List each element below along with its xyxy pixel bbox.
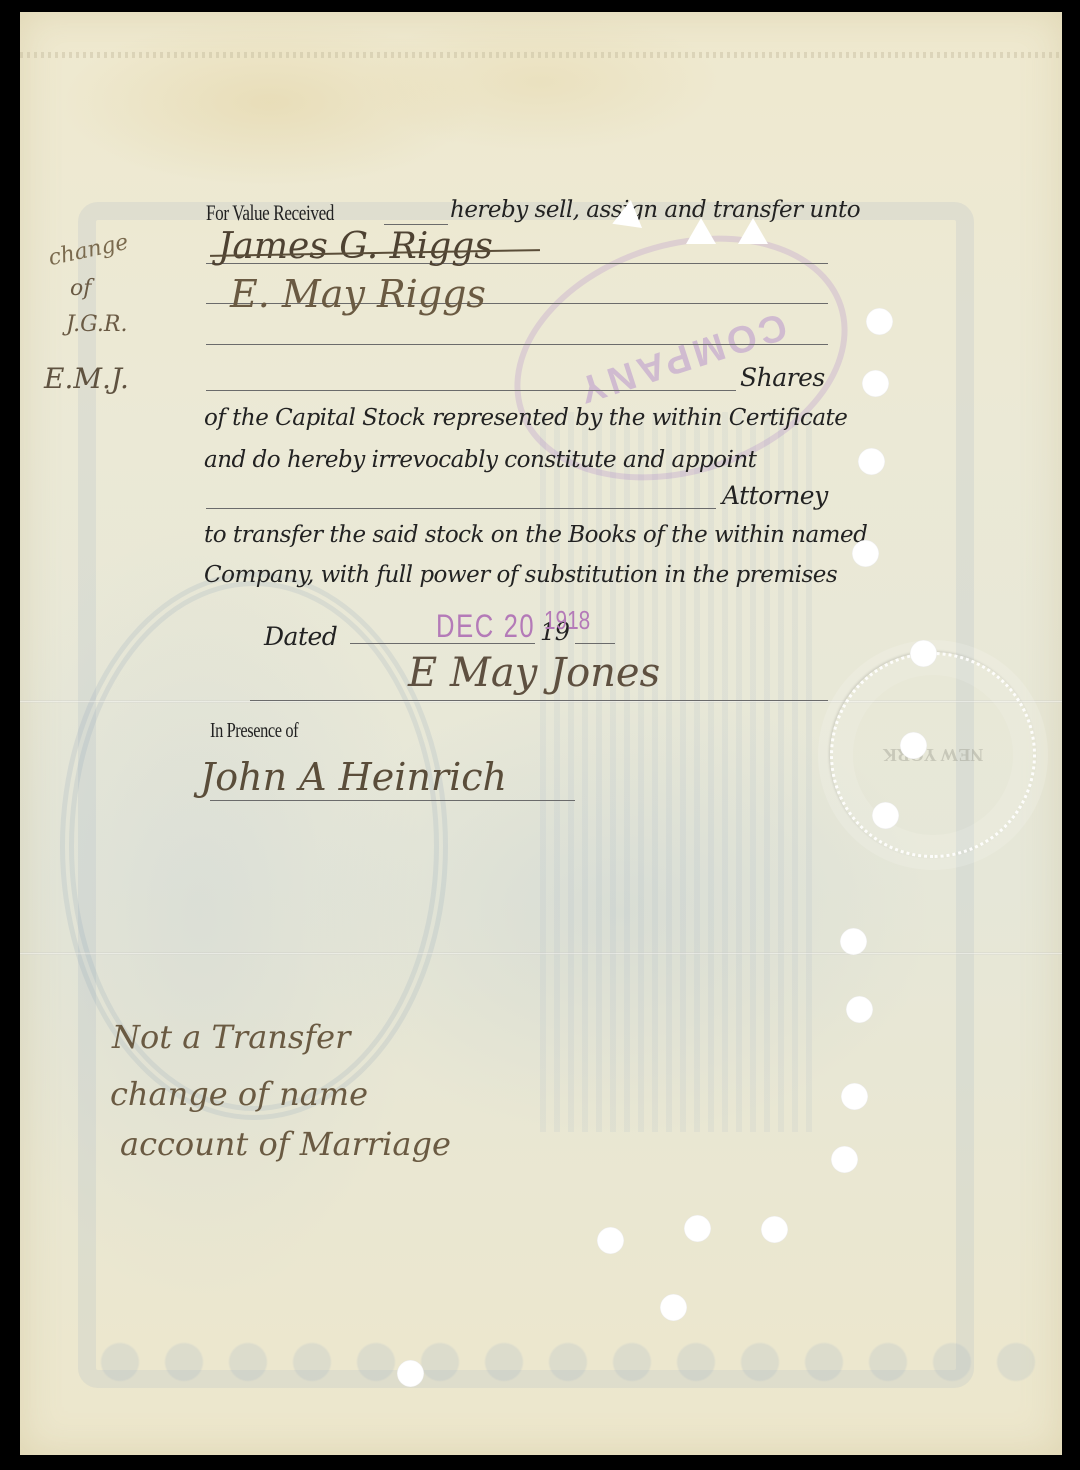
value-line xyxy=(384,224,448,225)
cancel-punch-hole xyxy=(761,1216,788,1243)
for-value-received-label: For Value Received xyxy=(206,200,334,226)
seal-text: NEW YORK xyxy=(883,745,984,766)
cancel-punch-hole xyxy=(866,308,893,335)
cancel-punch-hole xyxy=(872,802,899,829)
in-presence-of-label: In Presence of xyxy=(210,718,298,743)
bottom-note-line-3: account of Marriage xyxy=(120,1125,451,1163)
reverse-print-border xyxy=(100,1342,1040,1412)
company-text: Company, with full power of substitution… xyxy=(204,562,837,588)
cancel-punch-hole xyxy=(397,1360,424,1387)
date-stamp-day: DEC 20 xyxy=(436,608,535,644)
shares-line[interactable] xyxy=(206,390,736,391)
embossed-seal: NEW YORK xyxy=(830,652,1036,858)
attorney-line[interactable] xyxy=(206,508,716,509)
fold-crease xyxy=(20,952,1062,955)
witness-line[interactable] xyxy=(210,800,575,801)
cancel-punch-hole xyxy=(831,1146,858,1173)
cancel-punch-hole xyxy=(840,928,867,955)
hereby-sell-text: hereby sell, assign and transfer unto xyxy=(450,197,860,223)
irrevocably-text: and do hereby irrevocably constitute and… xyxy=(204,447,756,473)
cancel-punch-hole xyxy=(684,1215,711,1242)
date-stamp-year: 1918 xyxy=(544,605,590,635)
cancel-punch-hole xyxy=(858,448,885,475)
dated-label: Dated xyxy=(264,622,337,651)
signature-line[interactable] xyxy=(250,700,828,701)
margin-note-line-3: J.G.R. xyxy=(66,312,127,337)
witness-signature: John A Heinrich xyxy=(200,755,507,799)
cancel-punch-hole xyxy=(862,370,889,397)
margin-note-line-2: of xyxy=(70,276,91,301)
cancel-punch-hole xyxy=(900,732,927,759)
attorney-label: Attorney xyxy=(722,481,828,510)
assignee-line-3[interactable] xyxy=(206,344,828,345)
cancel-punch-hole xyxy=(597,1227,624,1254)
stamp-text: COMPANY xyxy=(570,304,792,413)
to-transfer-text: to transfer the said stock on the Books … xyxy=(204,522,867,548)
cancel-punch-hole xyxy=(841,1083,868,1110)
perforated-stub-edge xyxy=(20,52,1062,58)
handwritten-assignee-crossed: James G. Riggs xyxy=(218,226,493,267)
handwritten-signature: E May Jones xyxy=(408,650,660,696)
cancel-punch-triangle xyxy=(686,218,716,244)
capital-stock-text: of the Capital Stock represented by the … xyxy=(204,405,847,431)
cancel-punch-hole xyxy=(910,640,937,667)
margin-note-initials: E.M.J. xyxy=(44,362,129,395)
cancel-punch-triangle xyxy=(612,198,645,228)
handwritten-assignee: E. May Riggs xyxy=(230,272,486,316)
bottom-note-line-1: Not a Transfer xyxy=(112,1018,350,1056)
shares-label: Shares xyxy=(740,363,825,392)
cancel-punch-hole xyxy=(846,996,873,1023)
bottom-note-line-2: change of name xyxy=(110,1075,368,1113)
cancel-punch-hole xyxy=(660,1294,687,1321)
date-stamp: DEC 20 1918 xyxy=(436,608,590,645)
reverse-print-panel xyxy=(540,412,820,1132)
cancel-punch-hole xyxy=(852,540,879,567)
cancel-punch-triangle xyxy=(738,218,768,244)
